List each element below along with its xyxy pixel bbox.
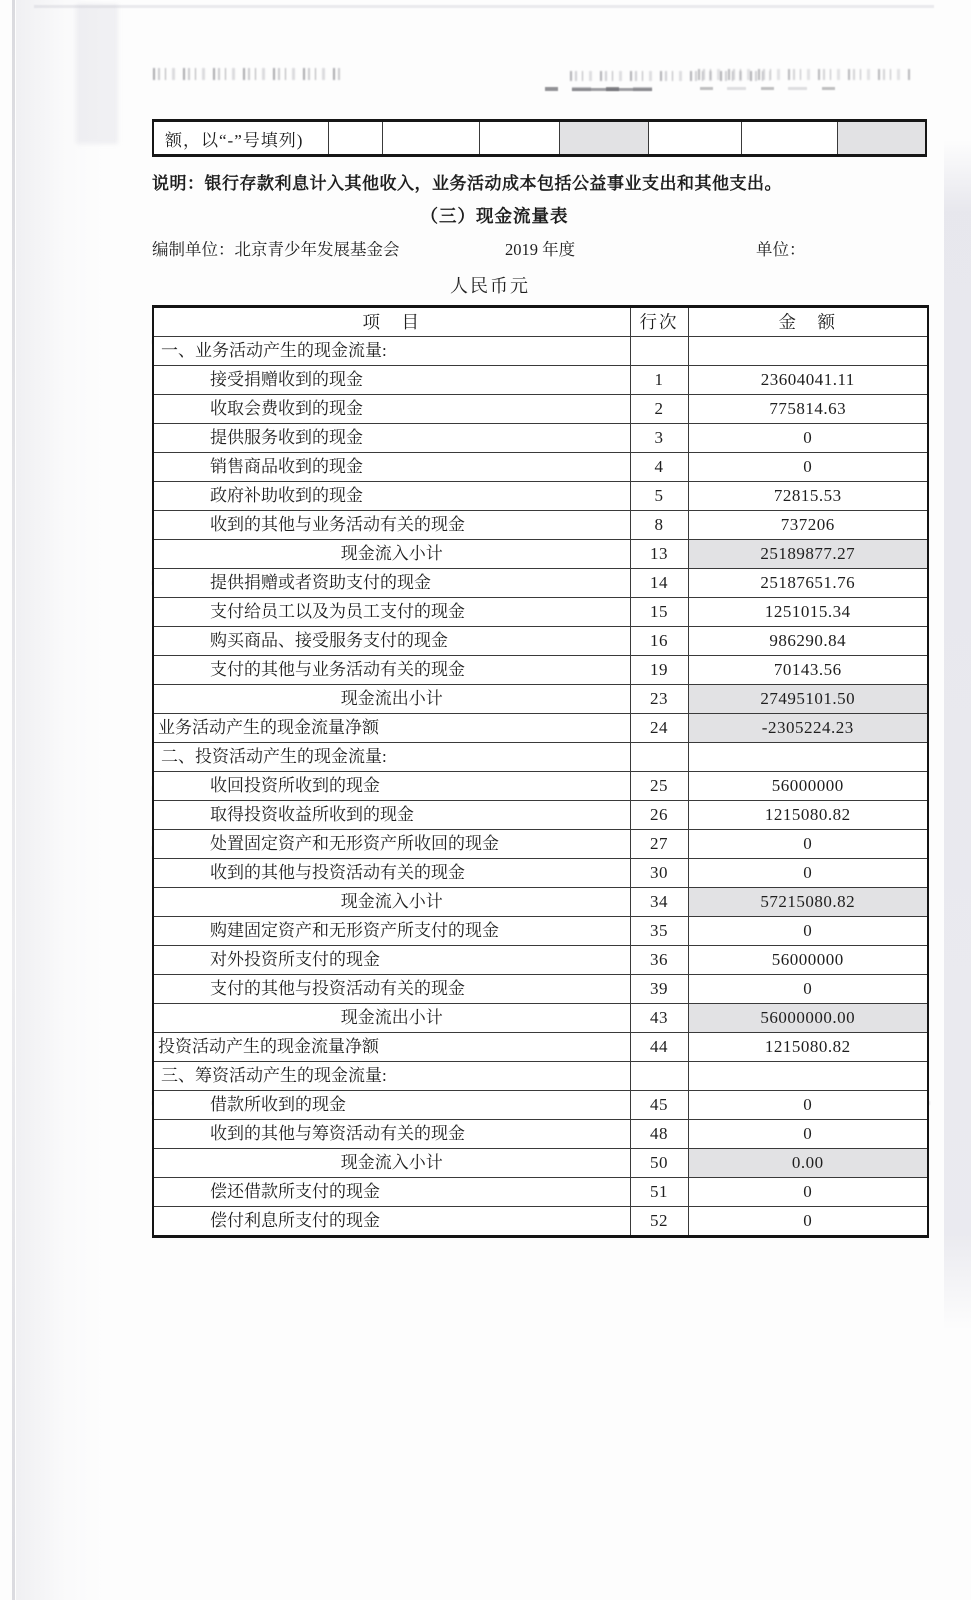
previous-table-fragment: 额，以“-”号填列) bbox=[152, 119, 927, 157]
page-edge-top-line bbox=[34, 5, 934, 8]
cell-line-no: 30 bbox=[630, 859, 688, 888]
cell-amount: 25187651.76 bbox=[688, 569, 928, 598]
cell-line-no: 5 bbox=[630, 482, 688, 511]
cell-item-label: 收到的其他与业务活动有关的现金 bbox=[153, 511, 630, 540]
table-row: 借款所收到的现金450 bbox=[153, 1091, 928, 1120]
table-row: 处置固定资产和无形资产所收回的现金270 bbox=[153, 830, 928, 859]
cash-flow-table: 项 目 行次 金 额 一、业务活动产生的现金流量:接受捐赠收到的现金123604… bbox=[152, 305, 929, 1238]
cell-line-no: 15 bbox=[630, 598, 688, 627]
cell-line-no: 19 bbox=[630, 656, 688, 685]
cell-item-label: 收到的其他与筹资活动有关的现金 bbox=[153, 1120, 630, 1149]
cell-item-label: 三、筹资活动产生的现金流量: bbox=[153, 1062, 630, 1091]
cell-amount: 0 bbox=[688, 1091, 928, 1120]
table-row: 对外投资所支付的现金3656000000 bbox=[153, 946, 928, 975]
table-row: 偿付利息所支付的现金520 bbox=[153, 1207, 928, 1237]
cell-line-no: 52 bbox=[630, 1207, 688, 1237]
cell-amount bbox=[688, 1062, 928, 1091]
table-row: 现金流入小计1325189877.27 bbox=[153, 540, 928, 569]
cell-amount: 23604041.11 bbox=[688, 366, 928, 395]
cell-item-label: 对外投资所支付的现金 bbox=[153, 946, 630, 975]
page-edge-right-shadow bbox=[944, 140, 971, 1330]
scan-smudge-top-right bbox=[698, 69, 910, 80]
cell-line-no: 8 bbox=[630, 511, 688, 540]
table-row: 投资活动产生的现金流量净额441215080.82 bbox=[153, 1033, 928, 1062]
table-row: 三、筹资活动产生的现金流量: bbox=[153, 1062, 928, 1091]
cell-item-label: 现金流入小计 bbox=[153, 1149, 630, 1178]
cell-amount: 1215080.82 bbox=[688, 1033, 928, 1062]
cell-item-label: 一、业务活动产生的现金流量: bbox=[153, 337, 630, 366]
table-row: 收取会费收到的现金2775814.63 bbox=[153, 395, 928, 424]
table-row: 购买商品、接受服务支付的现金16986290.84 bbox=[153, 627, 928, 656]
cell-line-no bbox=[630, 743, 688, 772]
scan-noise-line-3 bbox=[700, 87, 845, 90]
cell-amount: 0 bbox=[688, 1207, 928, 1237]
scan-noise-line-2 bbox=[572, 88, 652, 91]
cell-item-label: 支付给员工以及为员工支付的现金 bbox=[153, 598, 630, 627]
cell-item-label: 偿付利息所支付的现金 bbox=[153, 1207, 630, 1237]
cell-amount: 25189877.27 bbox=[688, 540, 928, 569]
cell-line-no bbox=[630, 1062, 688, 1091]
cell-item-label: 处置固定资产和无形资产所收回的现金 bbox=[153, 830, 630, 859]
table-row: 收回投资所收到的现金2556000000 bbox=[153, 772, 928, 801]
cell-amount: 1251015.34 bbox=[688, 598, 928, 627]
cell-line-no bbox=[630, 337, 688, 366]
page-edge-left-shadow bbox=[16, 0, 104, 1600]
table-row: 现金流出小计4356000000.00 bbox=[153, 1004, 928, 1033]
cell-item-label: 支付的其他与业务活动有关的现金 bbox=[153, 656, 630, 685]
table-row: 收到的其他与投资活动有关的现金300 bbox=[153, 859, 928, 888]
cell-item-label: 支付的其他与投资活动有关的现金 bbox=[153, 975, 630, 1004]
header-line-no: 行次 bbox=[630, 307, 688, 337]
cell-item-label: 收到的其他与投资活动有关的现金 bbox=[153, 859, 630, 888]
header-amount: 金 额 bbox=[688, 307, 928, 337]
cell-item-label: 投资活动产生的现金流量净额 bbox=[153, 1033, 630, 1062]
cell-amount: 0 bbox=[688, 424, 928, 453]
cell-amount: 27495101.50 bbox=[688, 685, 928, 714]
cell-item-label: 现金流出小计 bbox=[153, 1004, 630, 1033]
cell-line-no: 35 bbox=[630, 917, 688, 946]
prepared-by-label: 编制单位：北京青少年发展基金会 bbox=[152, 236, 400, 260]
cell-item-label: 购买商品、接受服务支付的现金 bbox=[153, 627, 630, 656]
fragment-empty-cell-shaded bbox=[560, 122, 650, 154]
cell-amount: 56000000.00 bbox=[688, 1004, 928, 1033]
cell-amount: 1215080.82 bbox=[688, 801, 928, 830]
cell-item-label: 现金流出小计 bbox=[153, 685, 630, 714]
fragment-empty-cell bbox=[742, 122, 839, 154]
fragment-empty-cell bbox=[480, 122, 560, 154]
cell-amount bbox=[688, 743, 928, 772]
table-row: 偿还借款所支付的现金510 bbox=[153, 1178, 928, 1207]
cell-item-label: 提供捐赠或者资助支付的现金 bbox=[153, 569, 630, 598]
period-label: 2019 年度 bbox=[505, 236, 575, 260]
table-row: 支付的其他与业务活动有关的现金1970143.56 bbox=[153, 656, 928, 685]
cell-line-no: 34 bbox=[630, 888, 688, 917]
cell-item-label: 二、投资活动产生的现金流量: bbox=[153, 743, 630, 772]
cell-line-no: 13 bbox=[630, 540, 688, 569]
cell-amount: -2305224.23 bbox=[688, 714, 928, 743]
cell-amount: 986290.84 bbox=[688, 627, 928, 656]
table-row: 接受捐赠收到的现金123604041.11 bbox=[153, 366, 928, 395]
cell-line-no: 45 bbox=[630, 1091, 688, 1120]
cell-amount: 737206 bbox=[688, 511, 928, 540]
cell-item-label: 政府补助收到的现金 bbox=[153, 482, 630, 511]
cell-item-label: 销售商品收到的现金 bbox=[153, 453, 630, 482]
cell-line-no: 2 bbox=[630, 395, 688, 424]
cell-item-label: 收回投资所收到的现金 bbox=[153, 772, 630, 801]
cell-line-no: 25 bbox=[630, 772, 688, 801]
cell-item-label: 收取会费收到的现金 bbox=[153, 395, 630, 424]
table-row: 提供捐赠或者资助支付的现金1425187651.76 bbox=[153, 569, 928, 598]
cell-amount: 0 bbox=[688, 917, 928, 946]
cell-item-label: 现金流入小计 bbox=[153, 888, 630, 917]
cell-item-label: 业务活动产生的现金流量净额 bbox=[153, 714, 630, 743]
fragment-empty-cell-shaded bbox=[838, 122, 925, 154]
cell-item-label: 提供服务收到的现金 bbox=[153, 424, 630, 453]
table-header-row: 项 目 行次 金 额 bbox=[153, 307, 928, 337]
table-row: 业务活动产生的现金流量净额24-2305224.23 bbox=[153, 714, 928, 743]
cell-amount: 0 bbox=[688, 1178, 928, 1207]
fragment-row-label: 额，以“-”号填列) bbox=[154, 122, 329, 154]
fragment-empty-cell bbox=[649, 122, 742, 154]
table-row: 购建固定资产和无形资产所支付的现金350 bbox=[153, 917, 928, 946]
table-row: 收到的其他与业务活动有关的现金8737206 bbox=[153, 511, 928, 540]
table-row: 支付的其他与投资活动有关的现金390 bbox=[153, 975, 928, 1004]
fragment-empty-cell bbox=[329, 122, 383, 154]
cell-line-no: 16 bbox=[630, 627, 688, 656]
cell-item-label: 接受捐赠收到的现金 bbox=[153, 366, 630, 395]
table-row: 收到的其他与筹资活动有关的现金480 bbox=[153, 1120, 928, 1149]
cell-amount bbox=[688, 337, 928, 366]
cell-line-no: 27 bbox=[630, 830, 688, 859]
table-row: 现金流出小计2327495101.50 bbox=[153, 685, 928, 714]
table-row: 取得投资收益所收到的现金261215080.82 bbox=[153, 801, 928, 830]
header-item: 项 目 bbox=[153, 307, 630, 337]
cell-line-no: 23 bbox=[630, 685, 688, 714]
cell-amount: 0 bbox=[688, 830, 928, 859]
cell-item-label: 借款所收到的现金 bbox=[153, 1091, 630, 1120]
cell-amount: 56000000 bbox=[688, 772, 928, 801]
table-row: 现金流入小计500.00 bbox=[153, 1149, 928, 1178]
scan-smudge-top-left bbox=[153, 68, 345, 80]
cell-amount: 0 bbox=[688, 1120, 928, 1149]
cell-item-label: 取得投资收益所收到的现金 bbox=[153, 801, 630, 830]
cell-line-no: 44 bbox=[630, 1033, 688, 1062]
table-row: 现金流入小计3457215080.82 bbox=[153, 888, 928, 917]
fragment-empty-cell bbox=[383, 122, 480, 154]
cell-line-no: 43 bbox=[630, 1004, 688, 1033]
table-row: 政府补助收到的现金572815.53 bbox=[153, 482, 928, 511]
unit-label: 单位： bbox=[756, 236, 806, 260]
cell-line-no: 1 bbox=[630, 366, 688, 395]
cell-line-no: 36 bbox=[630, 946, 688, 975]
cell-line-no: 4 bbox=[630, 453, 688, 482]
cell-line-no: 14 bbox=[630, 569, 688, 598]
cell-amount: 0 bbox=[688, 975, 928, 1004]
table-row: 一、业务活动产生的现金流量: bbox=[153, 337, 928, 366]
cell-item-label: 现金流入小计 bbox=[153, 540, 630, 569]
cell-amount: 56000000 bbox=[688, 946, 928, 975]
page-title: （三）现金流量表 bbox=[152, 203, 837, 228]
cell-amount: 70143.56 bbox=[688, 656, 928, 685]
cell-line-no: 26 bbox=[630, 801, 688, 830]
cell-amount: 0 bbox=[688, 859, 928, 888]
cell-line-no: 51 bbox=[630, 1178, 688, 1207]
cell-item-label: 偿还借款所支付的现金 bbox=[153, 1178, 630, 1207]
cell-line-no: 50 bbox=[630, 1149, 688, 1178]
table-row: 提供服务收到的现金30 bbox=[153, 424, 928, 453]
cell-amount: 57215080.82 bbox=[688, 888, 928, 917]
cell-amount: 72815.53 bbox=[688, 482, 928, 511]
cell-line-no: 48 bbox=[630, 1120, 688, 1149]
cell-amount: 0 bbox=[688, 453, 928, 482]
cell-line-no: 3 bbox=[630, 424, 688, 453]
cell-amount: 775814.63 bbox=[688, 395, 928, 424]
table-row: 销售商品收到的现金40 bbox=[153, 453, 928, 482]
page-edge-topleft-shadow bbox=[76, 4, 118, 144]
cell-amount: 0.00 bbox=[688, 1149, 928, 1178]
cell-line-no: 39 bbox=[630, 975, 688, 1004]
page-edge-left-line bbox=[12, 0, 15, 1600]
currency-label: 人民币元 bbox=[450, 272, 530, 298]
table-row: 二、投资活动产生的现金流量: bbox=[153, 743, 928, 772]
table-body: 一、业务活动产生的现金流量:接受捐赠收到的现金123604041.11收取会费收… bbox=[153, 337, 928, 1237]
cell-item-label: 购建固定资产和无形资产所支付的现金 bbox=[153, 917, 630, 946]
table-row: 支付给员工以及为员工支付的现金151251015.34 bbox=[153, 598, 928, 627]
cell-line-no: 24 bbox=[630, 714, 688, 743]
note-text: 说明：银行存款利息计入其他收入，业务活动成本包括公益事业支出和其他支出。 bbox=[152, 169, 942, 194]
